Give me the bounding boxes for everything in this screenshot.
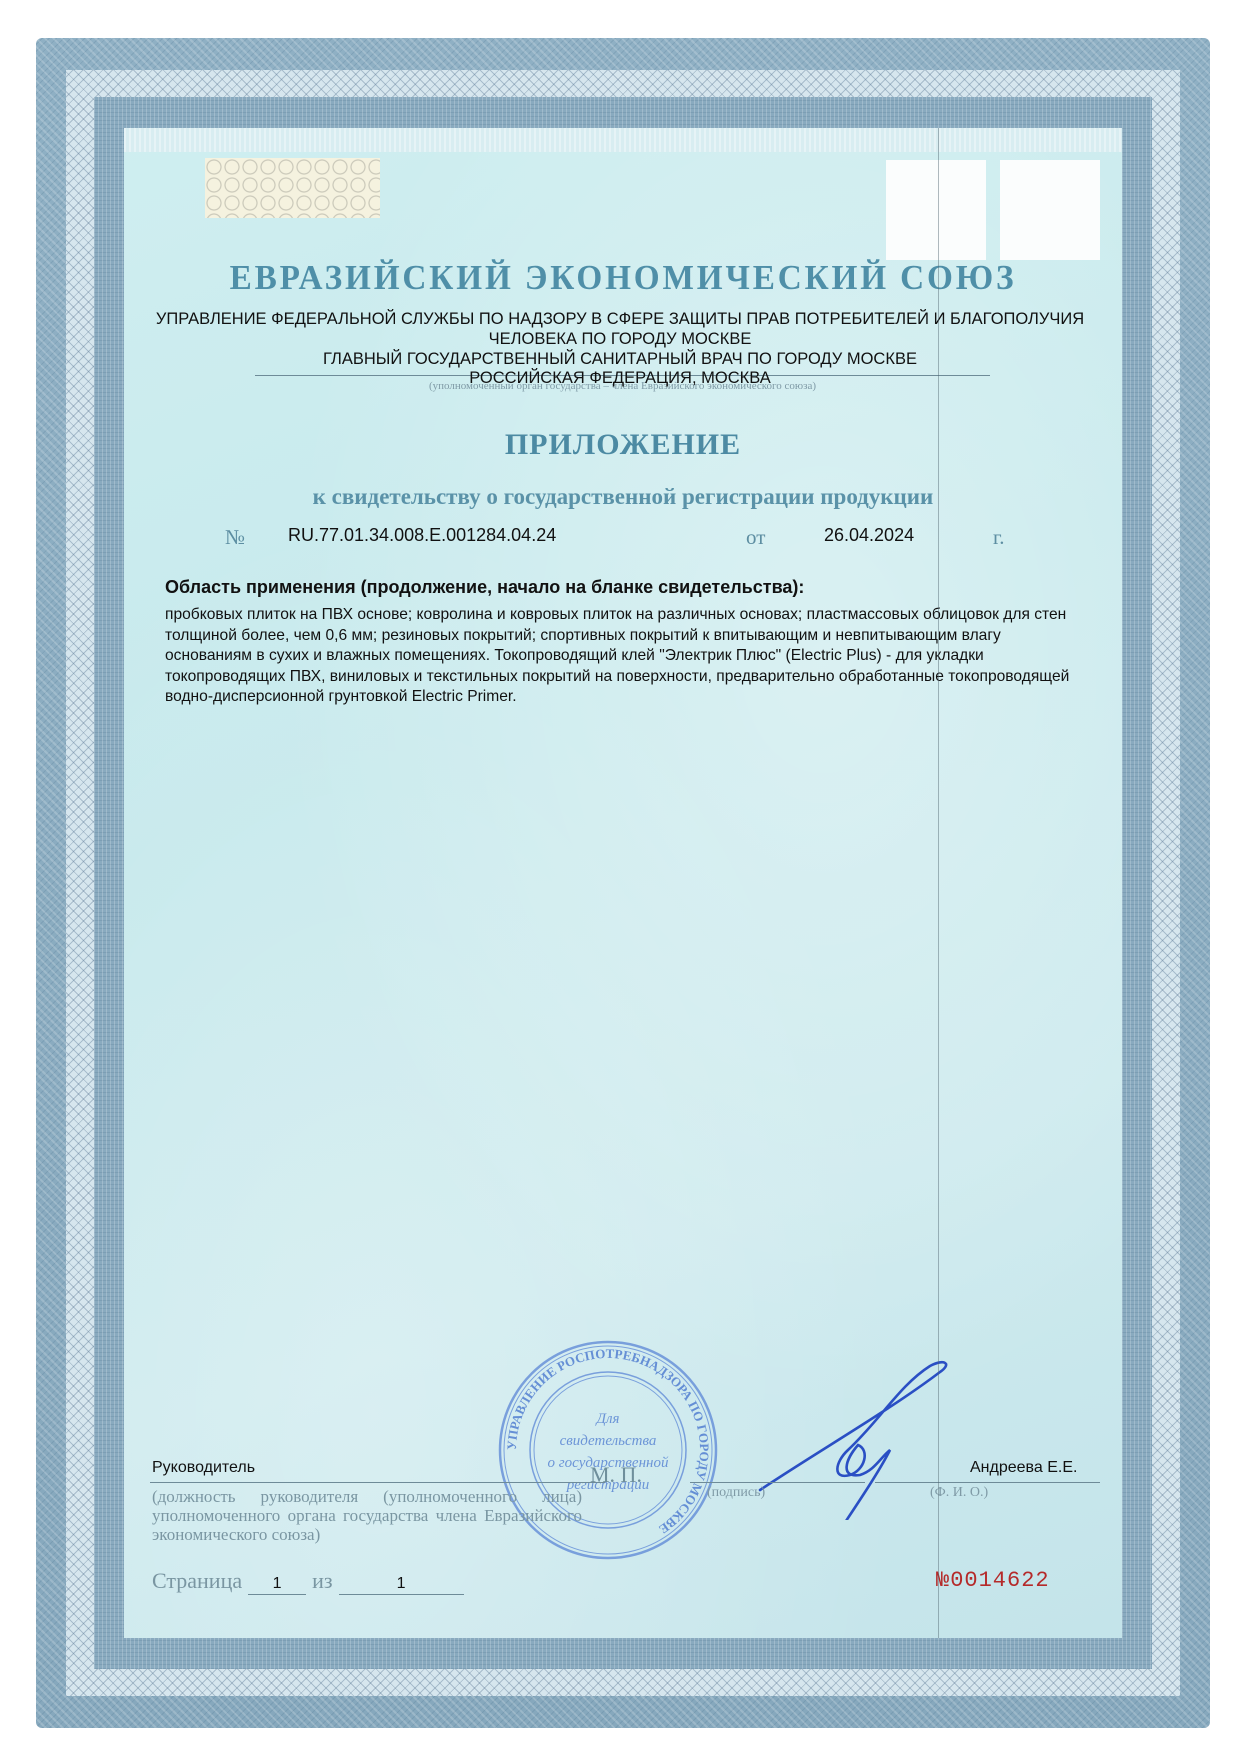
year-suffix: г. [993, 525, 1005, 553]
handwritten-signature [740, 1340, 960, 1520]
authority-name: УПРАВЛЕНИЕ ФЕДЕРАЛЬНОЙ СЛУЖБЫ ПО НАДЗОРУ… [150, 309, 1090, 349]
signer-name: Андреева Е.Е. [970, 1459, 1077, 1477]
signature-caption: (подпись) [707, 1485, 765, 1501]
role-underline [150, 1482, 605, 1483]
form-serial-number: №0014622 [936, 1568, 1050, 1593]
hologram-security-strip [205, 158, 380, 218]
scope-title: Область применения (продолжение, начало … [165, 577, 804, 598]
number-sign: № [225, 525, 245, 553]
signer-role: Руководитель [152, 1459, 255, 1477]
position-caption: (должность руководителя (уполномоченного… [152, 1487, 582, 1544]
page-label: Страница [152, 1568, 242, 1593]
chief-sanitary-doctor: ГЛАВНЫЙ ГОСУДАРСТВЕННЫЙ САНИТАРНЫЙ ВРАЧ … [150, 349, 1090, 369]
svg-text:Для: Для [594, 1411, 619, 1427]
redacted-box-left [886, 160, 986, 260]
signature-underline [690, 1482, 865, 1483]
redacted-box-right [1000, 160, 1100, 260]
page-current: 1 [248, 1574, 306, 1595]
union-title: ЕВРАЗИЙСКИЙ ЭКОНОМИЧЕСКИЙ СОЮЗ [149, 258, 1097, 298]
authority-location: РОССИЙСКАЯ ФЕДЕРАЦИЯ, МОСКВА [150, 369, 1090, 388]
page-counter: Страница1из1 [152, 1568, 464, 1595]
scan-fold-line [938, 128, 939, 1638]
svg-text:свидетельства: свидетельства [560, 1433, 657, 1449]
of-label: из [312, 1568, 332, 1593]
from-label: от [746, 525, 765, 553]
name-underline [875, 1482, 1100, 1483]
certificate-number: RU.77.01.34.008.E.001284.04.24 [288, 525, 556, 553]
appendix-subtitle: к свидетельству о государственной регист… [124, 484, 1122, 510]
certificate-date: 26.04.2024 [824, 525, 914, 553]
page-total: 1 [339, 1574, 464, 1595]
stamp-place-label: М. П. [590, 1462, 642, 1488]
appendix-title: ПРИЛОЖЕНИЕ [124, 428, 1122, 462]
